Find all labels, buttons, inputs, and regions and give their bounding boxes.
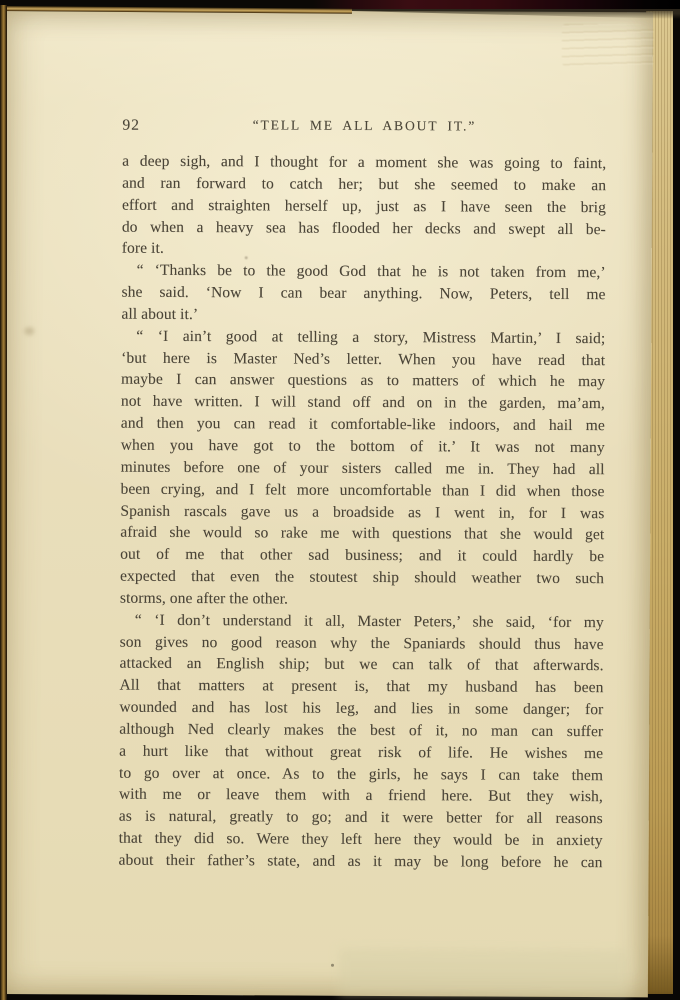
page-body: a deep sigh, and I thought for a moment …	[118, 151, 606, 874]
text-line: “ ‘I don’t understand it all, Master Pet…	[120, 609, 604, 633]
scan-shading-band	[339, 949, 629, 997]
text-line: a hurt like that without great risk of l…	[119, 740, 603, 764]
text-line: and then you can read it comfortable-lik…	[121, 413, 605, 437]
scanned-book-photo: 92 “TELL ME ALL ABOUT IT.” a deep sigh, …	[0, 0, 680, 1000]
text-line: minutes before one of your sisters calle…	[121, 456, 605, 480]
book-page: 92 “TELL ME ALL ABOUT IT.” a deep sigh, …	[1, 9, 653, 997]
text-line: do when a heavy sea has flooded her deck…	[122, 216, 606, 240]
paper-smudge	[24, 327, 34, 335]
text-line: and ran forward to catch her; but she se…	[122, 172, 606, 196]
page-header: 92 “TELL ME ALL ABOUT IT.”	[122, 117, 606, 138]
text-line: attacked an English ship; but we can tal…	[120, 653, 604, 677]
text-line: “ ‘Thanks be to the good God that he is …	[122, 260, 606, 284]
text-line: son gives no good reason why the Spaniar…	[120, 631, 604, 655]
text-line: All that matters at present is, that my …	[119, 675, 603, 699]
text-line: with me or leave them with a friend here…	[119, 784, 603, 808]
text-line: she said. ‘Now I can bear anything. Now,…	[121, 282, 605, 306]
text-line: about their father’s state, and as it ma…	[118, 850, 602, 874]
text-line: not have written. I will stand off and o…	[121, 391, 605, 415]
text-line: although Ned clearly makes the best of i…	[119, 719, 603, 743]
text-line: out of me that other sad business; and i…	[120, 544, 604, 568]
page-corner-ridges	[562, 24, 654, 66]
text-line: effort and straighten herself up, just a…	[122, 194, 606, 218]
text-line: all about it.’	[121, 304, 605, 328]
text-line: as is natural, greatly to go; and it wer…	[119, 806, 603, 830]
text-line: that they did so. Were they left here th…	[119, 828, 603, 852]
text-line: storms, one after the other.	[120, 587, 604, 611]
text-line: Spanish rascals gave us a broadside as I…	[120, 500, 604, 524]
text-line: ‘but here is Master Ned’s letter. When y…	[121, 347, 605, 371]
paper-speck	[331, 964, 334, 967]
text-line: maybe I can answer questions as to matte…	[121, 369, 605, 393]
text-line: been crying, and I felt more uncomfortab…	[120, 478, 604, 502]
gilt-cover-edge-left	[0, 5, 7, 1000]
text-line: “ ‘I ain’t good at telling a story, Mist…	[121, 325, 605, 349]
text-line: a deep sigh, and I thought for a moment …	[122, 151, 606, 175]
text-line: fore it.	[122, 238, 606, 262]
text-line: expected that even the stoutest ship sho…	[120, 566, 604, 590]
text-line: wounded and has lost his leg, and lies i…	[119, 697, 603, 721]
page-number: 92	[122, 117, 140, 135]
text-line: afraid she would so rake me with questio…	[120, 522, 604, 546]
text-line: when you have got to the bottom of it.’ …	[121, 435, 605, 459]
text-line: to go over at once. As to the girls, he …	[119, 762, 603, 786]
running-header: “TELL ME ALL ABOUT IT.”	[122, 117, 606, 136]
